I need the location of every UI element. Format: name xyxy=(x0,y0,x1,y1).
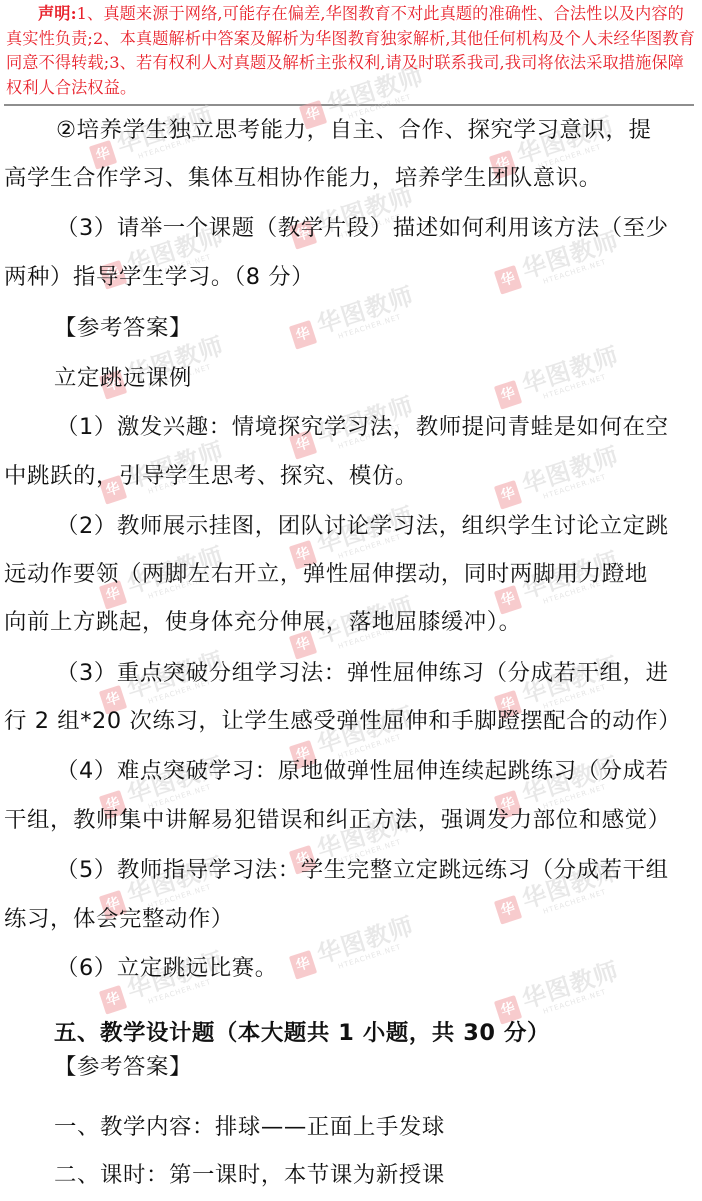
step-4: （4）难点突破学习：原地做弹性屈伸连续起跳练习（分成若 xyxy=(56,756,669,786)
section-5-answer-label: 【参考答案】 xyxy=(54,1052,192,1082)
watermark-logo: 华 华图教师 HTEACHER.NET xyxy=(492,341,628,419)
step-2-cont: 远动作要领（两脚左右开立，弹性屈伸摆动，同时两脚用力蹬地 xyxy=(4,559,648,589)
step-4-cont: 干组，教师集中讲解易犯错误和纠正方法，强调发力部位和感觉） xyxy=(4,805,671,835)
watermark-badge-icon: 华 xyxy=(494,480,522,510)
watermark-badge-icon: 华 xyxy=(99,985,127,1015)
lesson-example-title: 立定跳远课例 xyxy=(54,363,192,393)
disclaimer-notice: 声明:1、真题来源于网络,可能存在偏差,华图教育不对此真题的准确性、合法性以及内… xyxy=(6,2,696,100)
watermark-badge-icon: 华 xyxy=(494,895,522,925)
step-5-cont: 练习，体会完整动作） xyxy=(4,904,234,934)
watermark-badge-icon: 华 xyxy=(494,380,522,410)
question-3-cont: 两种）指导学生学习。（8 分） xyxy=(4,262,314,292)
section-5-title: 五、教学设计题（本大题共 1 小题，共 30 分） xyxy=(54,1018,550,1048)
design-content: 一、教学内容：排球——正面上手发球 xyxy=(54,1112,445,1142)
disclaimer-lead: 声明: xyxy=(38,4,77,23)
step-6: （6）立定跳远比赛。 xyxy=(56,953,278,983)
step-1-cont: 中跳跃的，引导学生思考、探究、模仿。 xyxy=(4,461,418,491)
watermark-logo: 华 华图教师 HTEACHER.NET xyxy=(287,911,423,989)
watermark-badge-icon: 华 xyxy=(289,950,317,980)
disclaimer-text: 1、真题来源于网络,可能存在偏差,华图教育不对此真题的准确性、合法性以及内容的真… xyxy=(6,4,695,97)
text-line: ②培养学生独立思考能力，自主、合作、探究学习意识，提 xyxy=(56,115,651,145)
watermark-badge-icon: 华 xyxy=(289,320,317,350)
step-2-cont: 向前上方跳起，使身体充分伸展，落地屈膝缓冲）。 xyxy=(4,607,522,637)
question-3: （3）请举一个课题（教学片段）描述如何利用该方法（至少 xyxy=(56,213,669,243)
header-divider xyxy=(4,104,694,106)
watermark-badge-icon: 华 xyxy=(494,265,522,295)
watermark-logo: 华 华图教师 HTEACHER.NET xyxy=(492,441,628,519)
step-5: （5）教师指导学习法：学生完整立定跳远练习（分成若干组 xyxy=(56,855,669,885)
answer-label: 【参考答案】 xyxy=(54,313,192,343)
text-line: 高学生合作学习、集体互相协作能力，培养学生团队意识。 xyxy=(4,163,602,193)
step-3-cont: 行 2 组*20 次练习，让学生感受弹性屈伸和手脚蹬摆配合的动作） xyxy=(4,706,681,736)
step-2: （2）教师展示挂图，团队讨论学习法，组织学生讨论立定跳 xyxy=(56,511,669,541)
step-3: （3）重点突破分组学习法：弹性屈伸练习（分成若干组，进 xyxy=(56,658,669,688)
design-period: 二、课时：第一课时，本节课为新授课 xyxy=(54,1160,445,1190)
step-1: （1）激发兴趣：情境探究学习法，教师提问青蛙是如何在空 xyxy=(56,412,669,442)
watermark-logo: 华 华图教师 HTEACHER.NET xyxy=(287,281,423,359)
